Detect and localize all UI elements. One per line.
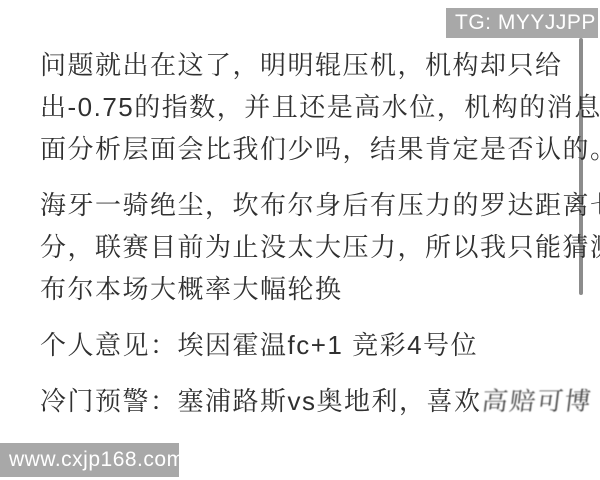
paragraph-personal-opinion: 个人意见：埃因霍温fc+1 竞彩4号位	[40, 324, 570, 366]
text-line: 出-0.75的指数，并且还是高水位，机构的消息层	[40, 86, 570, 128]
text-segment: 冷门预警：塞浦路斯vs奥地利，喜欢	[40, 386, 482, 416]
text-line: 分，联赛目前为止没太大压力，所以我只能猜测坎	[40, 226, 570, 268]
paragraph-league-analysis: 海牙一骑绝尘，坎布尔身后有压力的罗达距离七 分，联赛目前为止没太大压力，所以我只…	[40, 184, 570, 310]
paragraph-upset-alert: 冷门预警：塞浦路斯vs奥地利，喜欢高赔可博	[40, 380, 570, 422]
paragraph-odds-analysis: 问题就出在这了，明明辊压机，机构却只给 出-0.75的指数，并且还是高水位，机构…	[40, 44, 570, 170]
article-screenshot: TG: MYYJJPP 问题就出在这了，明明辊压机，机构却只给 出-0.75的指…	[0, 0, 600, 480]
article-body: 问题就出在这了，明明辊压机，机构却只给 出-0.75的指数，并且还是高水位，机构…	[40, 44, 570, 436]
text-line: 个人意见：埃因霍温fc+1 竞彩4号位	[40, 324, 570, 366]
text-line: 海牙一骑绝尘，坎布尔身后有压力的罗达距离七	[40, 184, 570, 226]
text-line: 面分析层面会比我们少吗，结果肯定是否认的。	[40, 128, 570, 170]
text-line: 问题就出在这了，明明辊压机，机构却只给	[40, 44, 570, 86]
text-line: 冷门预警：塞浦路斯vs奥地利，喜欢高赔可博	[40, 380, 570, 422]
distorted-text-segment: 高赔可博	[479, 381, 594, 421]
website-watermark-badge: www.cxjp168.com	[0, 443, 179, 477]
text-line: 布尔本场大概率大幅轮换	[40, 268, 570, 310]
telegram-watermark-badge: TG: MYYJJPP	[446, 8, 598, 38]
